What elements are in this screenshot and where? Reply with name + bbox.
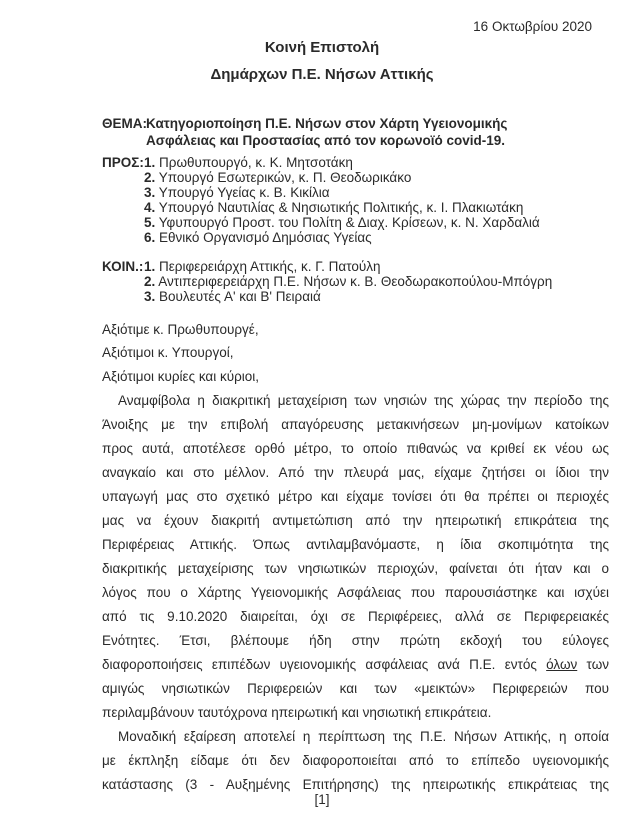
cc-item: 3. Βουλευτές Α' και Β' Πειραιά [144,289,321,304]
body-line: διακριτικής μεταχείρισης των νησιωτικών … [102,561,609,576]
body-line: με έκπληξη είδαμε ότι δεν διαφοροποιείτα… [102,753,609,768]
recipient-item: 2. Υπουργό Εσωτερικών, κ. Π. Θεοδωρικάκο [144,170,411,185]
subject-line-2: Ασφάλειας και Προστασίας από τον κορωνοϊ… [146,133,506,148]
cc-label: ΚΟΙΝ.: [102,259,143,274]
recipient-item: 6. Εθνικό Οργανισμό Δημόσιας Υγείας [144,230,372,245]
body-line: μας να έχουν διακριτή αντιμετώπιση από τ… [102,513,609,528]
body-line: προς αυτά, αποτέλεσε ορθό μέτρο, το οποί… [102,441,609,456]
letter-title: Κοινή Επιστολή [0,39,644,56]
recipient-item: 4. Υπουργό Ναυτιλίας & Νησιωτικής Πολιτι… [144,200,523,215]
page-number: [1] [0,792,644,807]
underlined-word: όλων [546,657,577,672]
body-line: από τις 9.10.2020 διαιρείται, όχι σε Περ… [102,609,609,624]
cc-number: 1. [144,259,155,274]
cc-text: Περιφερειάρχη Αττικής, κ. Γ. Πατούλη [159,259,380,274]
body-line: Άνοιξης με την επιβολή απαγόρευσης μετακ… [102,417,609,432]
recipient-item: 5. Υφυπουργό Προστ. του Πολίτη & Διαχ. Κ… [144,215,540,230]
letter-subtitle: Δημάρχων Π.Ε. Νήσων Αττικής [0,66,644,83]
body-text: των [577,657,609,672]
cc-item: 1. Περιφερειάρχη Αττικής, κ. Γ. Πατούλη [144,259,381,274]
recipient-number: 4. [144,200,155,215]
recipient-number: 2. [144,170,155,185]
body-text: διαφοροποιήσεις επιπέδων υγειονομικής ασ… [102,657,546,672]
body-line: λόγος που ο Χάρτης Υγειονομικής Ασφάλεια… [102,585,609,600]
recipient-item: 1. Πρωθυπουργό, κ. Κ. Μητσοτάκη [144,155,353,170]
salutation: Αξιότιμοι κυρίες και κύριοι, [102,369,259,384]
salutation: Αξιότιμε κ. Πρωθυπουργέ, [102,322,259,337]
letter-date: 16 Οκτωβρίου 2020 [473,19,592,34]
body-line: υπαγωγή μας στο σχετικό μέτρο και είχαμε… [102,489,609,504]
recipient-number: 3. [144,185,155,200]
subject-line-1: Κατηγοριοποίηση Π.Ε. Νήσων στον Χάρτη Υγ… [146,116,506,131]
cc-text: Βουλευτές Α' και Β' Πειραιά [159,289,321,304]
salutation: Αξιότιμοι κ. Υπουργοί, [102,345,233,360]
recipient-text: Υφυπουργό Προστ. του Πολίτη & Διαχ. Κρίσ… [159,215,540,230]
recipient-number: 5. [144,215,155,230]
body-line: Μοναδική εξαίρεση αποτελεί η περίπτωση τ… [118,729,609,744]
body-line: αναγκαίο και στο μέλλον. Από την πλευρά … [102,465,609,480]
cc-text: Αντιπεριφερειάρχη Π.Ε. Νήσων κ. Β. Θεοδω… [158,274,552,289]
cc-number: 3. [144,289,155,304]
recipients-label: ΠΡΟΣ: [102,155,144,170]
body-line: Ενότητες. Έτσι, βλέπουμε ήδη στην πρώτη … [102,633,609,648]
body-line: κατάστασης (3 - Αυξημένης Επιτήρησης) τη… [102,777,609,792]
recipient-text: Υπουργό Εσωτερικών, κ. Π. Θεοδωρικάκο [159,170,412,185]
body-line: αμιγώς νησιωτικών Περιφερειών και των «μ… [102,681,609,696]
recipient-number: 1. [144,155,155,170]
cc-number: 2. [144,274,155,289]
recipient-text: Πρωθυπουργό, κ. Κ. Μητσοτάκη [159,155,353,170]
body-line: διαφοροποιήσεις επιπέδων υγειονομικής ασ… [102,657,609,672]
recipient-text: Εθνικό Οργανισμό Δημόσιας Υγείας [159,230,372,245]
body-line: περιλαμβάνουν ταυτόχρονα ηπειρωτική και … [102,705,609,720]
subject-label: ΘΕΜΑ: [102,116,147,131]
recipient-text: Υπουργό Υγείας κ. Β. Κικίλια [159,185,330,200]
recipient-text: Υπουργό Ναυτιλίας & Νησιωτικής Πολιτικής… [159,200,524,215]
cc-item: 2. Αντιπεριφερειάρχη Π.Ε. Νήσων κ. Β. Θε… [144,274,552,289]
body-line: Περιφέρειας Αττικής. Όπως αντιλαμβανόμασ… [102,537,609,552]
recipient-item: 3. Υπουργό Υγείας κ. Β. Κικίλια [144,185,330,200]
recipient-number: 6. [144,230,155,245]
body-line: Αναμφίβολα η διακριτική μεταχείριση των … [118,393,609,408]
